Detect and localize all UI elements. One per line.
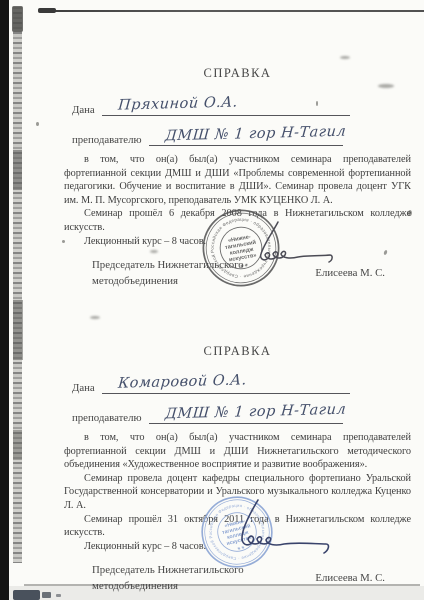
signer-name: Елисеева М. С. [315,572,385,584]
teacher-label: преподавателю [72,134,142,146]
paragraph: в том, что он(а) был(а) участником семин… [64,431,411,472]
scan-smudge [340,56,350,59]
handwritten-recipient-name: Комаровой О.А. [117,372,247,391]
scan-smudge [90,316,100,319]
scan-bottom-left-mark [42,592,51,598]
given-to-row: Дана Комаровой О.А. [64,373,411,394]
scanner-edge-strip [0,0,9,600]
certificate-2-title: СПРАВКА [64,344,411,359]
signature-eliseeva [246,216,338,272]
teacher-underline: ДМШ № 1 гор Н-Тагил [149,125,343,146]
page-edge-shadow [13,430,22,460]
scan-bottom-left-mark [13,590,40,600]
chair-line-2: методобъединения [92,578,244,594]
page-edge-corner [12,6,23,32]
given-to-row: Дана Пряхиной О.А. [64,95,411,116]
paragraph: в том, что он(а) был(а) участником семин… [64,153,411,207]
teacher-row: преподавателю ДМШ № 1 гор Н-Тагил [64,125,411,146]
given-label: Дана [72,104,95,116]
certificate-1-title: СПРАВКА [64,66,411,81]
page-top-edge-line [40,10,424,12]
page-top-edge-blob [38,8,56,13]
given-underline: Пряхиной О.А. [102,95,350,116]
page-edge-texture [13,7,22,563]
scan-bottom-left-mark [56,594,61,597]
handwritten-school: ДМШ № 1 гор Н-Тагил [164,402,346,423]
signature-eliseeva [234,492,338,562]
given-label: Дана [72,382,95,394]
page-edge-shadow [13,300,23,360]
teacher-row: преподавателю ДМШ № 1 гор Н-Тагил [64,403,411,424]
teacher-underline: ДМШ № 1 гор Н-Тагил [149,403,343,424]
handwritten-school: ДМШ № 1 гор Н-Тагил [164,124,346,145]
page-edge-shadow [13,150,22,190]
scan-speck [36,122,39,126]
scanned-certificate-page: СПРАВКА Дана Пряхиной О.А. преподавателю… [0,0,424,600]
handwritten-recipient-name: Пряхиной О.А. [117,94,238,113]
given-underline: Комаровой О.А. [102,373,350,394]
teacher-label: преподавателю [72,412,142,424]
